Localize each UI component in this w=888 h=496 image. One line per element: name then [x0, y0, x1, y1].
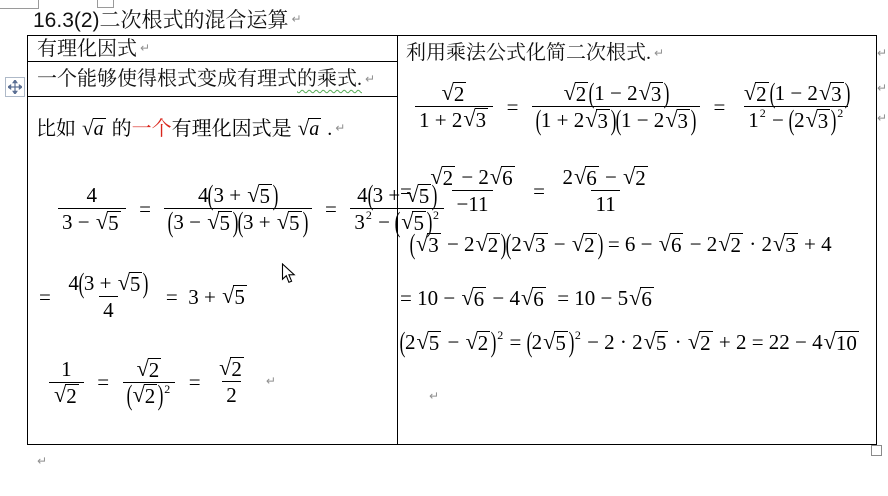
paragraph-mark-icon: ↵	[877, 81, 887, 95]
table-column-divider	[397, 36, 398, 444]
paragraph-mark-icon: ↵	[877, 111, 887, 125]
paragraph-mark-icon: ↵	[140, 41, 150, 55]
document-heading-line[interactable]: 16.3(2)二次根式的混合运算 ↵	[33, 4, 302, 34]
paragraph-mark-icon: ↵	[429, 389, 439, 403]
grammar-checked-text[interactable]: 的乘式.	[297, 67, 362, 91]
cell-text[interactable]: 利用乘法公式化简二次根式.	[406, 41, 651, 65]
cell-text[interactable]: 有理化因式	[37, 37, 137, 61]
paragraph-mark-icon: ↵	[654, 46, 664, 60]
paragraph-mark-icon: ↵	[292, 12, 302, 26]
equation-one-over-sqrt2[interactable]: 1√2 = √2(√2)2 = √22 ↵	[46, 356, 276, 408]
equation[interactable]: = 10 − √6 − 4√6 = 10 − 5√6	[400, 286, 655, 310]
cell-definition[interactable]: 一个能够使得根式变成有理式的乘式. ↵	[37, 63, 375, 95]
paragraph-mark-icon: ↵	[266, 375, 276, 389]
paragraph-mark-icon: ↵	[877, 46, 887, 60]
equation-product-expansion[interactable]: (√3 − 2√2)(2√3 − √2) = 6 − √6 − 2√2 · 2√…	[410, 232, 832, 256]
table-row-divider-2	[28, 96, 397, 97]
content-table: 有理化因式 ↵ 一个能够使得根式变成有理式的乘式. ↵ 比如 √a 的一个有理化…	[27, 35, 877, 445]
equation-sqrt2-over-1plus2sqrt3[interactable]: √21 + 2√3 = √2(1 − 2√3)(1 + 2√3)(1 − 2√3…	[412, 80, 888, 133]
equation[interactable]: = √2 − 2√6−11 = 2√6 − √211	[400, 164, 656, 217]
cell-multiplication-formula-title[interactable]: 利用乘法公式化简二次根式. ↵	[406, 40, 664, 66]
equation[interactable]: 43 − √5 = 4(3 + √5)(3 − √5)(3 + √5) = 4(…	[55, 182, 447, 235]
equation-rationalize-step2[interactable]: = 4(3 + √5)4 = 3 + √5	[39, 270, 248, 323]
mouse-cursor	[281, 263, 297, 290]
paragraph-mark-icon: ↵	[37, 454, 47, 468]
cell-text[interactable]: 一个能够使得根式变成有理式	[37, 67, 297, 91]
equation-product-result[interactable]: = 10 − √6 − 4√6 = 10 − 5√6	[400, 286, 655, 310]
table-resize-handle[interactable]	[871, 445, 882, 456]
paragraph-mark-icon: ↵	[365, 72, 375, 86]
equation-simplified-fraction[interactable]: = √2 − 2√6−11 = 2√6 − √211	[400, 164, 656, 217]
cursor-arrow-icon	[281, 263, 297, 285]
equation[interactable]: 1√2 = √2(√2)2 = √22	[46, 356, 252, 408]
equation-rationalize-step1[interactable]: 43 − √5 = 4(3 + √5)(3 − √5)(3 + √5) = 4(…	[55, 182, 447, 235]
table-row-divider-1	[28, 61, 397, 62]
equation[interactable]: √21 + 2√3 = √2(1 − 2√3)(1 + 2√3)(1 − 2√3…	[412, 80, 857, 133]
move-icon	[8, 80, 22, 94]
table-move-handle[interactable]	[5, 77, 25, 97]
equation[interactable]: (√3 − 2√2)(2√3 − √2) = 6 − √6 − 2√2 · 2√…	[410, 232, 832, 256]
example-sentence[interactable]: 比如 √a 的一个有理化因式是 √a . ↵	[36, 108, 345, 150]
word-document-page: 16.3(2)二次根式的混合运算 ↵ 有理化因式 ↵ 一个能够使得根式变成有理式…	[0, 0, 888, 496]
equation[interactable]: = 4(3 + √5)4 = 3 + √5	[39, 270, 248, 323]
paragraph-mark-icon: ↵	[335, 122, 345, 136]
equation-square-expansion[interactable]: (2√5 − √2)2 = (2√5)2 − 2 · 2√5 · √2 + 2 …	[400, 330, 860, 354]
equation[interactable]: (2√5 − √2)2 = (2√5)2 − 2 · 2√5 · √2 + 2 …	[400, 330, 860, 354]
cell-rationalizing-factor-title[interactable]: 有理化因式 ↵	[37, 37, 150, 60]
page-title[interactable]: 16.3(2)二次根式的混合运算	[33, 4, 289, 34]
inline-equation[interactable]: 比如 √a 的一个有理化因式是 √a .	[36, 118, 332, 141]
